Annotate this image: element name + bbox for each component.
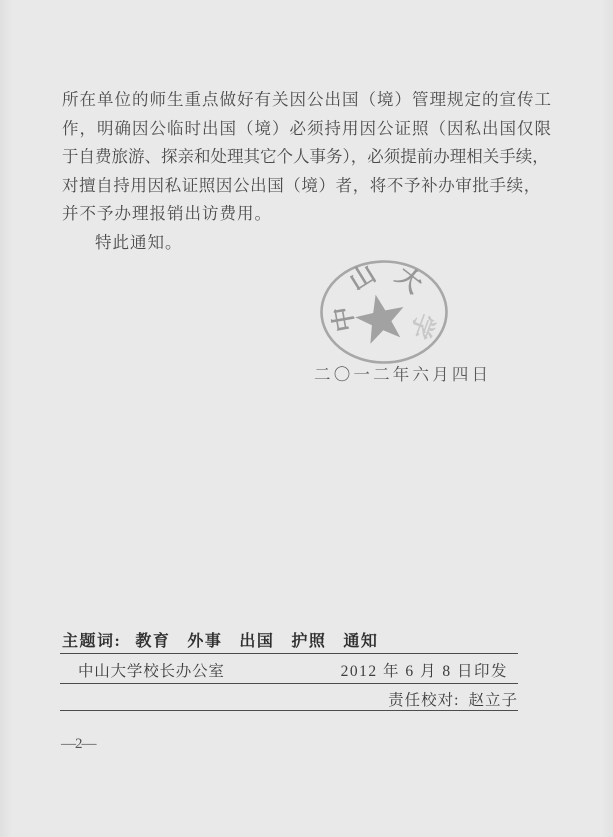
body-line: 作，明确因公临时出国（境）必须持用因公证照（因私出国仅限 bbox=[62, 115, 564, 144]
print-date: 2012 年 6 月 8 日印发 bbox=[341, 659, 518, 681]
notice-body: 所在单位的师生重点做好有关因公出国（境）管理规定的宣传工作，明确因公临时出国（境… bbox=[62, 86, 564, 258]
seal-char-da: 大 bbox=[390, 261, 427, 298]
scanned-notice-page: 所在单位的师生重点做好有关因公出国（境）管理规定的宣传工作，明确因公临时出国（境… bbox=[0, 0, 613, 837]
issue-date: 二〇一二年六月四日 bbox=[314, 361, 491, 385]
keywords-label: 主题词: bbox=[62, 628, 121, 651]
seal-char-zhong: 中 bbox=[328, 304, 360, 333]
keyword: 出国 bbox=[239, 628, 274, 651]
body-line: 对擅自持用因私证照因公出国（境）者，将不予补办审批手续， bbox=[62, 172, 564, 201]
issuer-row: 中山大学校长办公室 2012 年 6 月 8 日印发 bbox=[60, 659, 518, 681]
proofreader-row: 责任校对: 赵立子 bbox=[60, 688, 518, 710]
keyword: 外事 bbox=[187, 628, 222, 651]
seal-char-shan: 山 bbox=[345, 259, 381, 296]
divider-line bbox=[60, 710, 518, 711]
seal-star-icon bbox=[355, 295, 403, 344]
keyword: 教育 bbox=[135, 628, 170, 651]
proofreader-label: 责任校对: bbox=[388, 688, 459, 710]
body-line: 特此通知。 bbox=[62, 229, 564, 258]
seal-graphic: 中 山 大 学 bbox=[318, 250, 456, 378]
keywords-row: 主题词: 教育外事出国护照通知 bbox=[62, 628, 378, 651]
keyword: 通知 bbox=[343, 628, 378, 651]
seal-char-xue: 学 bbox=[405, 309, 440, 342]
body-line: 于自费旅游、探亲和处理其它个人事务），必须提前办理相关手续， bbox=[62, 143, 564, 172]
proofreader-name: 赵立子 bbox=[468, 688, 518, 710]
issuing-office: 中山大学校长办公室 bbox=[60, 659, 225, 681]
keyword: 护照 bbox=[291, 628, 326, 651]
body-line: 并不予办理报销出访费用。 bbox=[62, 200, 564, 229]
divider-line bbox=[60, 683, 518, 684]
university-seal: 中 山 大 学 bbox=[318, 250, 456, 378]
page-number: —2— bbox=[61, 736, 96, 753]
keywords-list: 教育外事出国护照通知 bbox=[135, 628, 378, 651]
divider-line bbox=[60, 653, 518, 654]
body-line: 所在单位的师生重点做好有关因公出国（境）管理规定的宣传工 bbox=[62, 86, 564, 115]
